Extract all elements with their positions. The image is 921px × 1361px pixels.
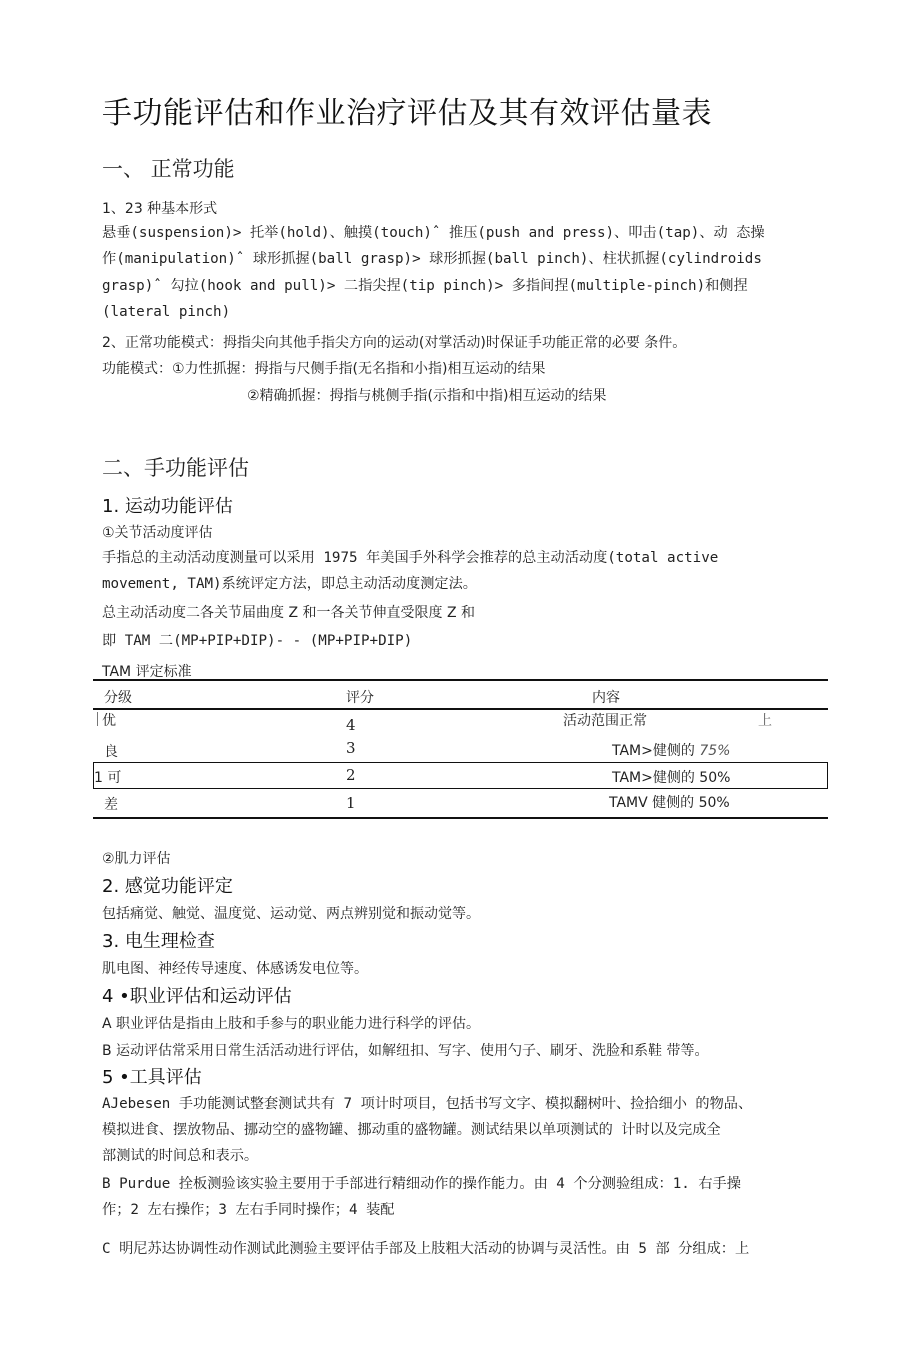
subheading-motor-function: 1. 运动功能评估 [102,492,233,518]
item-23-basic-forms-title: 1、23 种基本形式 [102,198,217,218]
subheading-tool-evaluation: 5 •工具评估 [102,1063,202,1089]
table-row-4-grade: 差 [104,794,118,814]
motor-evaluation-text-b: B 运动评估常采用日常生活活动进行评估，如解纽扣、写字、使用勺子、刷牙、洗脸和系… [102,1040,709,1060]
document-title: 手功能评估和作业治疗评估及其有效评估量表 [102,88,712,132]
table-row-2-content: TAM>健侧的 75% [612,740,730,760]
table-row-1-grade: 优 [102,710,116,730]
jebsen-test-line-3: 部测试的时间总和表示。 [102,1143,258,1170]
subheading-sensory-function: 2. 感觉功能评定 [102,872,233,898]
basic-forms-line-2: 作(manipulation)ˆ 球形抓握(ball grasp)> 球形抓握(… [102,246,762,273]
section-heading-normal-function: 一、 正常功能 [102,153,235,183]
table-row-2-content-text: TAM>健侧的 [612,743,699,759]
precision-grip-text: ②精确抓握：拇指与桃侧手指(示指和中指)相互运动的结果 [247,385,606,405]
table-header-grade: 分级 [104,687,132,707]
table-header-rule [93,708,828,710]
tam-paragraph-line-1: 手指总的主动活动度测量可以采用 1975 年美国手外科学会推荐的总主动活动度(t… [102,545,718,572]
table-header-content: 内容 [592,687,620,707]
sensory-function-text: 包括痛觉、触觉、温度觉、运动觉、两点辨别觉和振动觉等。 [102,903,480,923]
table-row-2-grade: 良 [104,741,118,761]
table-row-2-score: 3 [346,739,356,757]
tam-formula-equation: 即 TAM 二(MP+PIP+DIP)- - (MP+PIP+DIP) [102,628,412,655]
section-heading-hand-function-evaluation: 二、手功能评估 [102,452,249,482]
tam-formula-text: 总主动活动度二各关节届曲度 Z 和一各关节伸直受限度 Z 和 [102,602,475,622]
jebsen-test-line-2: 模拟进食、摆放物品、挪动空的盛物罐、挪动重的盛物罐。测试结果以单项测试的 计时以… [102,1117,721,1144]
text-cursor-mark [97,712,98,726]
muscle-strength-label: ②肌力评估 [102,848,171,868]
normal-function-mode-text: 2、正常功能模式：拇指尖向其他手指尖方向的运动(对掌活动)时保证手功能正常的必要… [102,332,686,352]
table-row-4-content: TAMV 健侧的 50% [609,792,730,812]
minnesota-test-line-1: C 明尼苏达协调性动作测试此测验主要评估手部及上肢粗大活动的协调与灵活性。由 5… [102,1236,749,1263]
table-bottom-rule [93,817,828,819]
vocational-evaluation-text-a: A 职业评估是指由上肢和手参与的职业能力进行科学的评估。 [102,1013,480,1033]
table-row-1-content: 活动范围正常 [563,710,647,730]
table-top-rule [93,679,828,681]
basic-forms-line-3: grasp)ˆ 勾拉(hook and pull)> 二指尖捏(tip pinc… [102,273,748,300]
purdue-test-line-2: 作；2 左右操作；3 左右手同时操作；4 装配 [102,1197,394,1224]
subheading-electrophysiology: 3. 电生理检查 [102,927,215,953]
table-row-3-score: 2 [346,766,356,784]
purdue-test-line-1: B Purdue 拴板测验该实验主要用于手部进行精细动作的操作能力。由 4 个分… [102,1171,741,1198]
table-row-3-grade: 1 可 [94,767,121,787]
subheading-vocational-evaluation: 4 •职业评估和运动评估 [102,982,292,1008]
power-grip-text: 功能模式：①力性抓握：拇指与尺侧手指(无名指和小指)相互运动的结果 [102,358,545,378]
table-row-3-content: TAM>健侧的 50% [612,767,730,787]
table-row-2-content-percent: 75% [699,743,730,759]
basic-forms-line-1: 悬垂(suspension)> 托举(hold)、触摸(touch)ˆ 推压(p… [102,220,765,247]
basic-forms-line-4: (lateral pinch) [102,299,230,326]
table-row-4-score: 1 [346,794,356,812]
table-row-1-score: 4 [346,716,356,734]
rom-evaluation-label: ①关节活动度评估 [102,522,213,542]
tam-paragraph-line-2: movement, TAM)系统评定方法，即总主动活动度测定法。 [102,571,477,598]
table-header-score: 评分 [346,687,374,707]
electrophysiology-text: 肌电图、神经传导速度、体感诱发电位等。 [102,958,368,978]
tam-table-caption: TAM 评定标准 [102,661,192,681]
table-row-1-extra: 上 [758,710,772,730]
jebsen-test-line-1: AJebesen 手功能测试整套测试共有 7 项计时项目，包括书写文字、模拟翻树… [102,1091,752,1118]
